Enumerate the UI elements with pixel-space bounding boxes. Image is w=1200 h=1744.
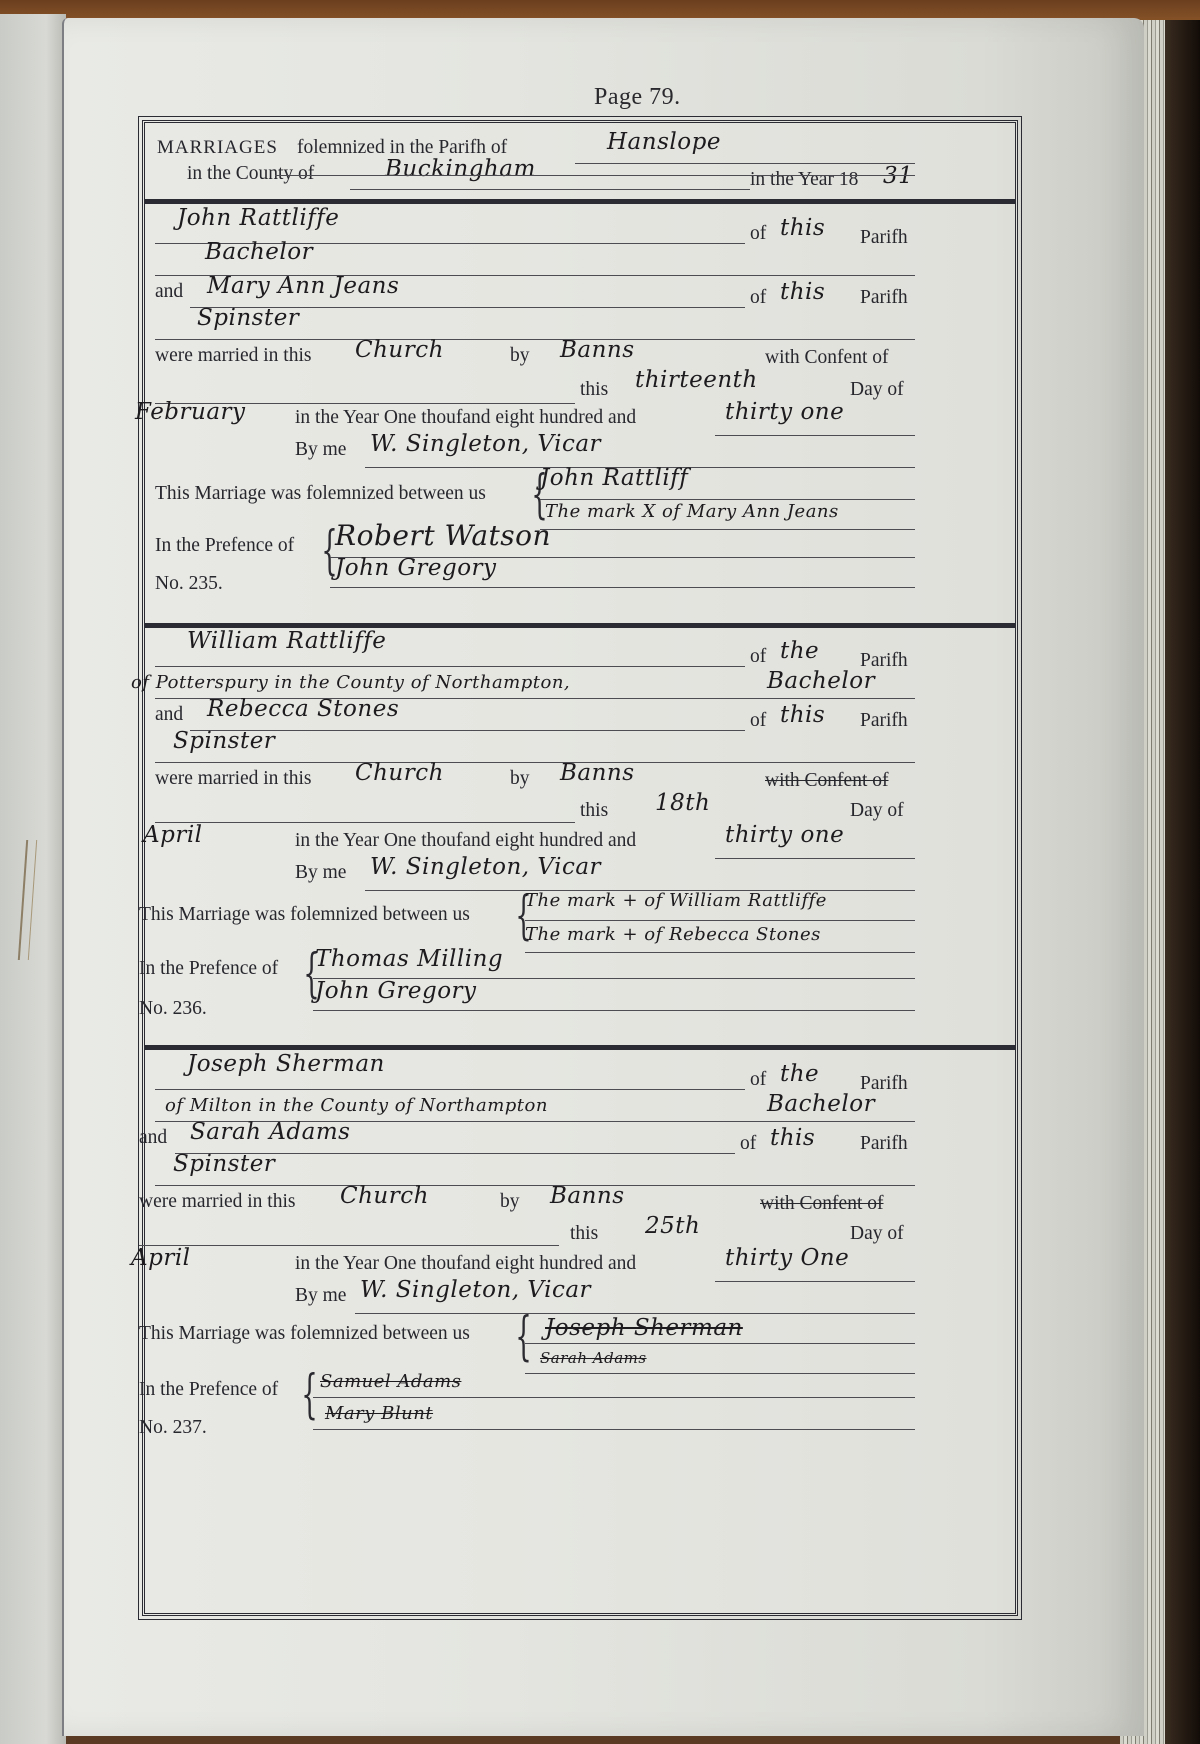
county-label: in the County of	[187, 163, 314, 185]
bride-name: Mary Ann Jeans	[207, 273, 399, 299]
party-signature-1: John Rattliff	[540, 465, 688, 491]
bride-status: Spinster	[197, 305, 299, 331]
consent-label: with Confent of	[765, 770, 888, 792]
witness-1: Samuel Adams	[320, 1371, 461, 1392]
witness-2: John Gregory	[315, 978, 477, 1004]
by-me-label: By me	[295, 439, 346, 461]
groom-of-value: the	[780, 1061, 819, 1087]
in-year-label: in the Year One thoufand eight hundred a…	[295, 407, 636, 429]
this-label: this	[580, 800, 608, 822]
day-value: 25th	[645, 1213, 700, 1239]
officiant-signature: W. Singleton, Vicar	[370, 854, 601, 880]
by-label: by	[510, 768, 530, 790]
solemnized-between-label: This Marriage was folemnized between us	[155, 483, 486, 505]
of-label: of	[750, 223, 766, 245]
day-of-label: Day of	[850, 1223, 904, 1245]
witness-1: Thomas Milling	[315, 946, 503, 972]
groom-residence: of Potterspury in the County of Northamp…	[131, 672, 570, 693]
month-value: April	[131, 1245, 191, 1271]
in-year-label: in the Year One thoufand eight hundred a…	[295, 1253, 636, 1275]
groom-of-value: the	[780, 638, 819, 664]
officiant-signature: W. Singleton, Vicar	[360, 1277, 591, 1303]
party-signature-1: The mark + of William Rattliffe	[525, 890, 827, 911]
party-signature-2: The mark X of Mary Ann Jeans	[545, 501, 839, 522]
married-in-label: were married in this	[139, 1191, 296, 1213]
day-of-label: Day of	[850, 800, 904, 822]
party-signature-1: Joseph Sherman	[545, 1315, 743, 1341]
by-me-label: By me	[295, 862, 346, 884]
and-label: and	[155, 281, 183, 303]
by-value: Banns	[560, 760, 635, 786]
of-label: of	[750, 646, 766, 668]
solemnized-between-label: This Marriage was folemnized between us	[139, 904, 470, 926]
bride-status: Spinster	[173, 728, 275, 754]
of-label: of	[750, 710, 766, 732]
this-label: this	[580, 379, 608, 401]
place-value: Church	[355, 337, 444, 363]
page-number: Page 79.	[594, 84, 681, 111]
by-label: by	[500, 1191, 520, 1213]
groom-status: Bachelor	[767, 1091, 875, 1117]
entry-number: No. 237.	[139, 1417, 207, 1439]
section-divider	[145, 1045, 1015, 1050]
marriage-register-form: MARRIAGES folemnized in the Parifh of Ha…	[142, 120, 1018, 1616]
groom-name: Joseph Sherman	[187, 1051, 385, 1077]
marriage-entry-235: John Rattliffe of this Parifh Bachelor a…	[145, 203, 1015, 623]
place-value: Church	[355, 760, 444, 786]
bride-name: Sarah Adams	[190, 1119, 350, 1145]
bride-of-value: this	[770, 1125, 815, 1151]
groom-of-value: this	[780, 215, 825, 241]
groom-name: William Rattliffe	[187, 628, 386, 654]
by-value: Banns	[550, 1183, 625, 1209]
by-me-label: By me	[295, 1285, 346, 1307]
by-label: by	[510, 345, 530, 367]
groom-residence: of Milton in the County of Northampton	[165, 1095, 548, 1116]
marriages-label: MARRIAGES	[157, 137, 278, 159]
and-label: and	[155, 704, 183, 726]
of-label: of	[750, 1069, 766, 1091]
year-words-value: thirty One	[725, 1245, 849, 1271]
of-label: of	[740, 1133, 756, 1155]
solemnized-between-label: This Marriage was folemnized between us	[139, 1323, 470, 1345]
officiant-signature: W. Singleton, Vicar	[370, 431, 601, 457]
marriage-entry-236: William Rattliffe of the Parifh of Potte…	[145, 628, 1015, 1048]
consent-label: with Confent of	[765, 347, 888, 369]
groom-status: Bachelor	[205, 239, 313, 265]
book-cover-edge	[1165, 20, 1200, 1744]
year-words-value: thirty one	[725, 822, 844, 848]
bride-of-value: this	[780, 279, 825, 305]
of-label: of	[750, 287, 766, 309]
groom-name: John Rattliffe	[177, 205, 339, 231]
presence-label: In the Prefence of	[139, 958, 278, 980]
parish-value: Hanslope	[607, 129, 721, 155]
witness-2: John Gregory	[335, 555, 497, 581]
entry-number: No. 236.	[139, 998, 207, 1020]
presence-label: In the Prefence of	[155, 535, 294, 557]
and-label: and	[139, 1127, 167, 1149]
presence-label: In the Prefence of	[139, 1379, 278, 1401]
this-label: this	[570, 1223, 598, 1245]
entry-number: No. 235.	[155, 573, 223, 595]
consent-label: with Confent of	[760, 1193, 883, 1215]
groom-status: Bachelor	[767, 668, 875, 694]
party-signature-2: Sarah Adams	[540, 1349, 647, 1367]
bride-status: Spinster	[173, 1151, 275, 1177]
in-year-label: in the Year One thoufand eight hundred a…	[295, 830, 636, 852]
marriage-entry-237: Joseph Sherman of the Parifh of Milton i…	[145, 1051, 1015, 1531]
day-of-label: Day of	[850, 379, 904, 401]
day-value: thirteenth	[635, 367, 758, 393]
month-value: April	[143, 822, 203, 848]
party-signature-2: The mark + of Rebecca Stones	[525, 924, 821, 945]
day-value: 18th	[655, 790, 710, 816]
bride-name: Rebecca Stones	[207, 696, 399, 722]
place-value: Church	[340, 1183, 429, 1209]
bride-of-value: this	[780, 702, 825, 728]
by-value: Banns	[560, 337, 635, 363]
parish-label: Parifh	[860, 287, 908, 309]
year-label: in the Year 18	[750, 169, 858, 191]
county-value: Buckingham	[385, 156, 536, 182]
parish-label: Parifh	[860, 710, 908, 732]
married-in-label: were married in this	[155, 345, 312, 367]
married-in-label: were married in this	[155, 768, 312, 790]
witness-1: Robert Watson	[335, 519, 551, 552]
parish-label: Parifh	[860, 1133, 908, 1155]
parish-label: Parifh	[860, 227, 908, 249]
year-words-value: thirty one	[725, 399, 844, 425]
witness-2: Mary Blunt	[325, 1403, 433, 1424]
month-value: February	[135, 399, 246, 425]
year-value: 31	[883, 163, 913, 189]
